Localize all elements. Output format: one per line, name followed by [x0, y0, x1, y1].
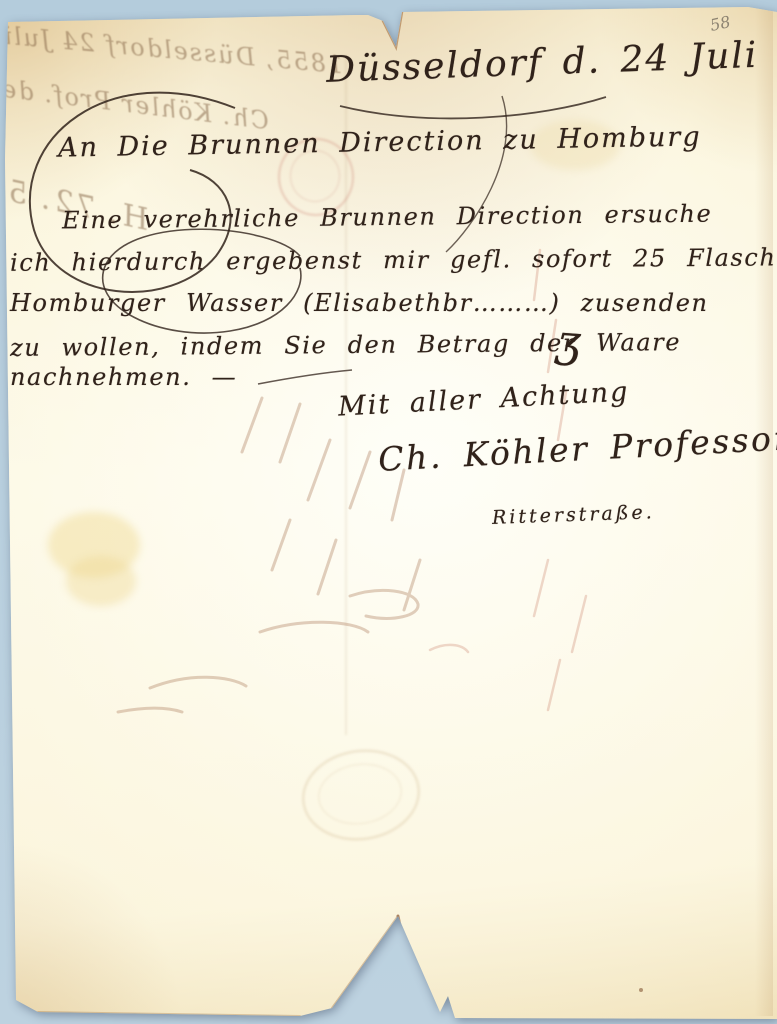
- body-line: nachnehmen. —: [10, 363, 237, 391]
- body-line: Eine verehrliche Brunnen Direction ersuc…: [62, 200, 713, 235]
- dash-flourish: [258, 370, 352, 384]
- paper-stain: [66, 556, 136, 606]
- letter-sheet-wrap: 1855, Düsseldorf 24 Juli. Ch. Köhler Pro…: [0, 0, 777, 1024]
- oval-flourish: [103, 229, 301, 333]
- archive-number: 58: [708, 12, 732, 35]
- paper-edge-shading: [755, 8, 773, 1016]
- street-line: Ritterstraße.: [492, 501, 655, 529]
- bleedthrough-text: Ch. Köhler Prof. der: [0, 73, 270, 135]
- ink-flourish-glyph: ʒ: [554, 315, 582, 368]
- dateline: Düsseldorf d. 24 Juli 1855.: [325, 30, 777, 91]
- showthrough-strokes: [118, 398, 420, 712]
- body-line: ich hierdurch ergebenst mir gefl. sofort…: [10, 243, 777, 277]
- letter-sheet: 1855, Düsseldorf 24 Juli. Ch. Köhler Pro…: [0, 0, 777, 1024]
- scan-backdrop: 1855, Düsseldorf 24 Juli. Ch. Köhler Pro…: [0, 0, 777, 1024]
- bleedthrough-text: 1855, Düsseldorf 24 Juli.: [0, 21, 344, 80]
- signature-line: Ch. Köhler Professor: [377, 418, 777, 479]
- closing-line: Mit aller Achtung: [337, 376, 630, 422]
- date-underline-swash: [340, 97, 606, 118]
- body-line: Homburger Wasser (Elisabethbr………) zusend…: [10, 289, 709, 317]
